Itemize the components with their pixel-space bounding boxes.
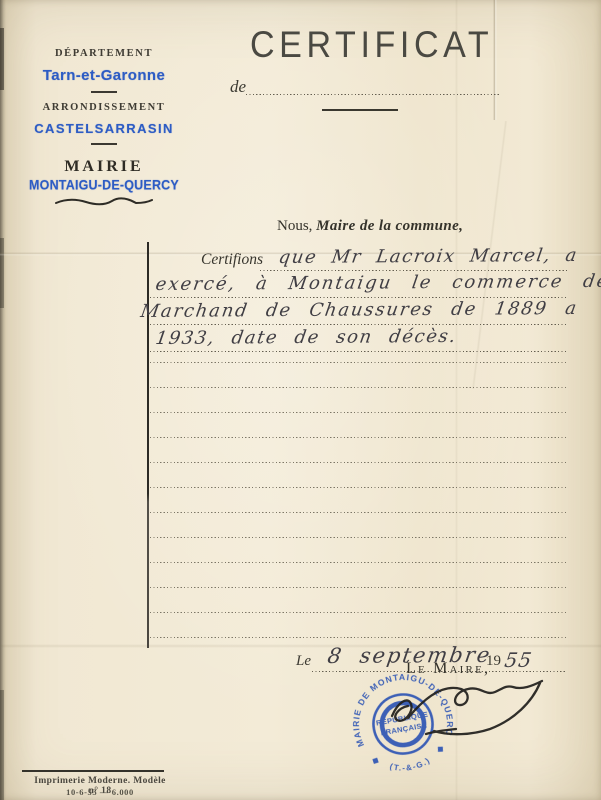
arrondissement-label: ARRONDISSEMENT (16, 102, 192, 113)
opening-normal: Nous, (277, 218, 316, 234)
handwritten-line-3: Marchand de Chaussures de 1889 a (139, 298, 579, 323)
ruled-line (150, 636, 568, 638)
ruled-line (150, 561, 568, 563)
certify-word: Certifions (201, 251, 263, 269)
ruled-line (150, 386, 568, 388)
scan-edge-mark (0, 238, 4, 308)
subtitle-underline (322, 109, 398, 111)
ruled-line (150, 586, 568, 588)
imprint-rule (22, 770, 164, 772)
fold-crease (493, 0, 497, 120)
letterhead-rule (91, 91, 117, 93)
departement-label: DÉPARTEMENT (16, 48, 192, 59)
ruled-line (150, 350, 568, 352)
imprint-line-2: 10-6-53 — 6.000 (30, 787, 170, 797)
signature (382, 676, 554, 750)
ruled-line (150, 511, 568, 513)
ruled-line (150, 486, 568, 488)
letterhead-rule (91, 143, 117, 145)
ruled-line (150, 361, 568, 363)
page-title: CERTIFICAT (250, 24, 462, 66)
ruled-line (150, 323, 568, 325)
ruled-line (150, 461, 568, 463)
scan-edge-mark (0, 690, 4, 800)
letterhead-block: DÉPARTEMENT Tarn-et-Garonne ARRONDISSEME… (16, 48, 192, 213)
opening-emphasis: Maire de la commune, (316, 218, 463, 234)
subtitle-prefix: de (230, 77, 246, 97)
subtitle-dotted-line (246, 93, 501, 95)
stamp-bottom-text: (T.-&-G.) (387, 755, 433, 776)
scan-edge-mark (0, 28, 4, 90)
handwritten-line-1: que Mr Lacroix Marcel, a (277, 245, 580, 269)
mairie-label: MAIRIE (16, 158, 192, 176)
ruled-line (150, 411, 568, 413)
commune-name-stamp: MONTAIGU-DE-QUERCY (16, 177, 192, 193)
arrondissement-name-stamp: CASTELSARRASIN (16, 121, 192, 136)
scanned-certificate-page: DÉPARTEMENT Tarn-et-Garonne ARRONDISSEME… (0, 0, 601, 800)
empty-ruled-lines (150, 361, 568, 638)
departement-name-stamp: Tarn-et-Garonne (16, 67, 192, 84)
handwritten-line-2: exercé, à Montaigu le commerce de (154, 271, 601, 296)
ruled-line (150, 611, 568, 613)
opening-line: Nous, Maire de la commune, (277, 218, 537, 235)
date-prefix: Le (296, 653, 311, 670)
scan-edge-shadow (0, 0, 6, 800)
handwritten-year: 55 (503, 648, 534, 672)
ruled-line (150, 536, 568, 538)
flourish-line (16, 195, 192, 213)
handwritten-line-4: 1933, date de son décès. (154, 326, 458, 350)
stamp-ornament (372, 758, 378, 764)
ruled-line (150, 436, 568, 438)
